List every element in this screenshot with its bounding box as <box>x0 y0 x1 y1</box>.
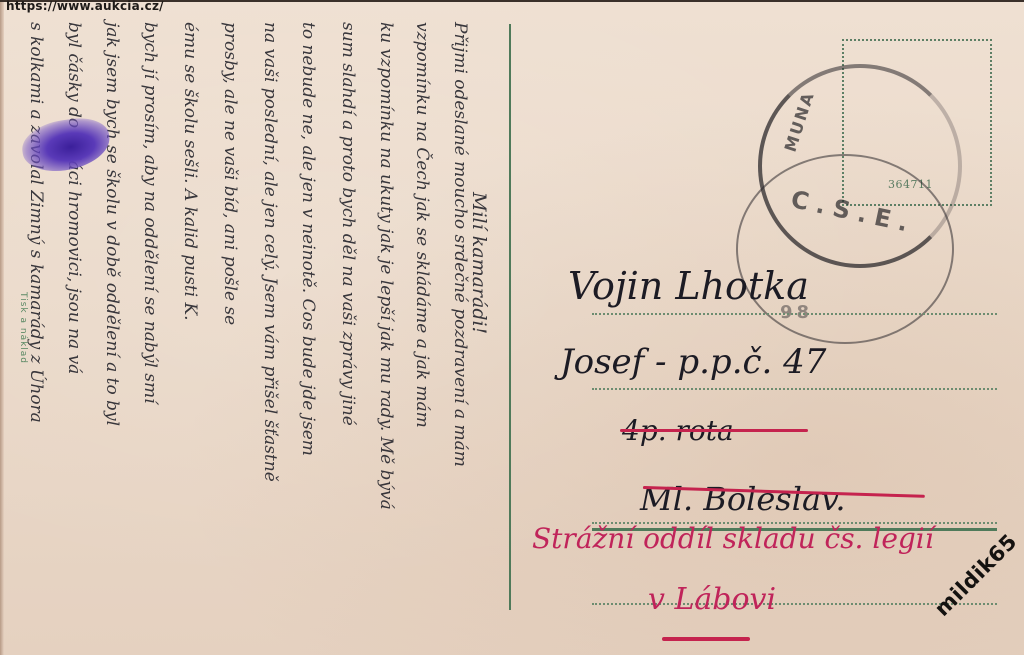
address-rule <box>592 313 997 315</box>
address-line-town: Ml. Boleslav. <box>640 480 845 518</box>
center-divider-line <box>509 24 511 610</box>
source-watermark: https://www.aukcia.cz/ <box>6 0 164 13</box>
message-line: to nebude ne, ale jen v neinotě. Cos bud… <box>298 22 318 456</box>
postcard-back: Milí kamarádi! Přijmi odeslané moucho sr… <box>0 0 1024 655</box>
message-line: vzpomínku na Čech jak se skládáme a jak … <box>412 22 432 428</box>
message-line: byl čásky do miláci hromovici, jsou na v… <box>64 22 84 374</box>
address-rule <box>592 388 997 390</box>
address-line-unit: Josef - p.p.č. 47 <box>560 342 826 382</box>
message-line: s kolkami a zavolal Zimný s kamarády z Ú… <box>26 22 46 423</box>
message-line: Přijmi odeslané moucho srdečné pozdraven… <box>450 22 470 467</box>
seller-watermark: mildik65 <box>930 529 1022 621</box>
message-line: na vaši poslední, ale jen celý. Jsem vám… <box>260 22 280 482</box>
message-line: ému se školu sešli. A kalid pusti K. <box>180 22 200 321</box>
strikethrough-line <box>620 429 808 432</box>
card-edge <box>0 2 4 655</box>
message-line: ku vzpomínku na ukuty jak je lepší jak m… <box>376 22 396 510</box>
redirect-line-2: v Lábovi <box>648 582 776 617</box>
redirect-line-1: Strážní oddíl skladu čs. legií <box>532 522 934 555</box>
postmark-circle-secondary <box>736 154 954 344</box>
message-salutation: Milí kamarádi! <box>468 192 490 334</box>
message-line: bych jí prosím, aby na oddělení se nabýl… <box>140 22 160 404</box>
redirect-underline <box>662 637 750 641</box>
message-line: prosby, ale ne vaši bíd, ani pošle se <box>220 22 240 325</box>
message-line: jak jsem bych se školu v době oddělení a… <box>102 22 122 426</box>
address-line-recipient: Vojin Lhotka <box>568 264 809 308</box>
message-line: sum slahdí a proto bych děl na vaši zprá… <box>338 22 358 426</box>
publisher-imprint: Tisk a náklad <box>18 292 28 364</box>
